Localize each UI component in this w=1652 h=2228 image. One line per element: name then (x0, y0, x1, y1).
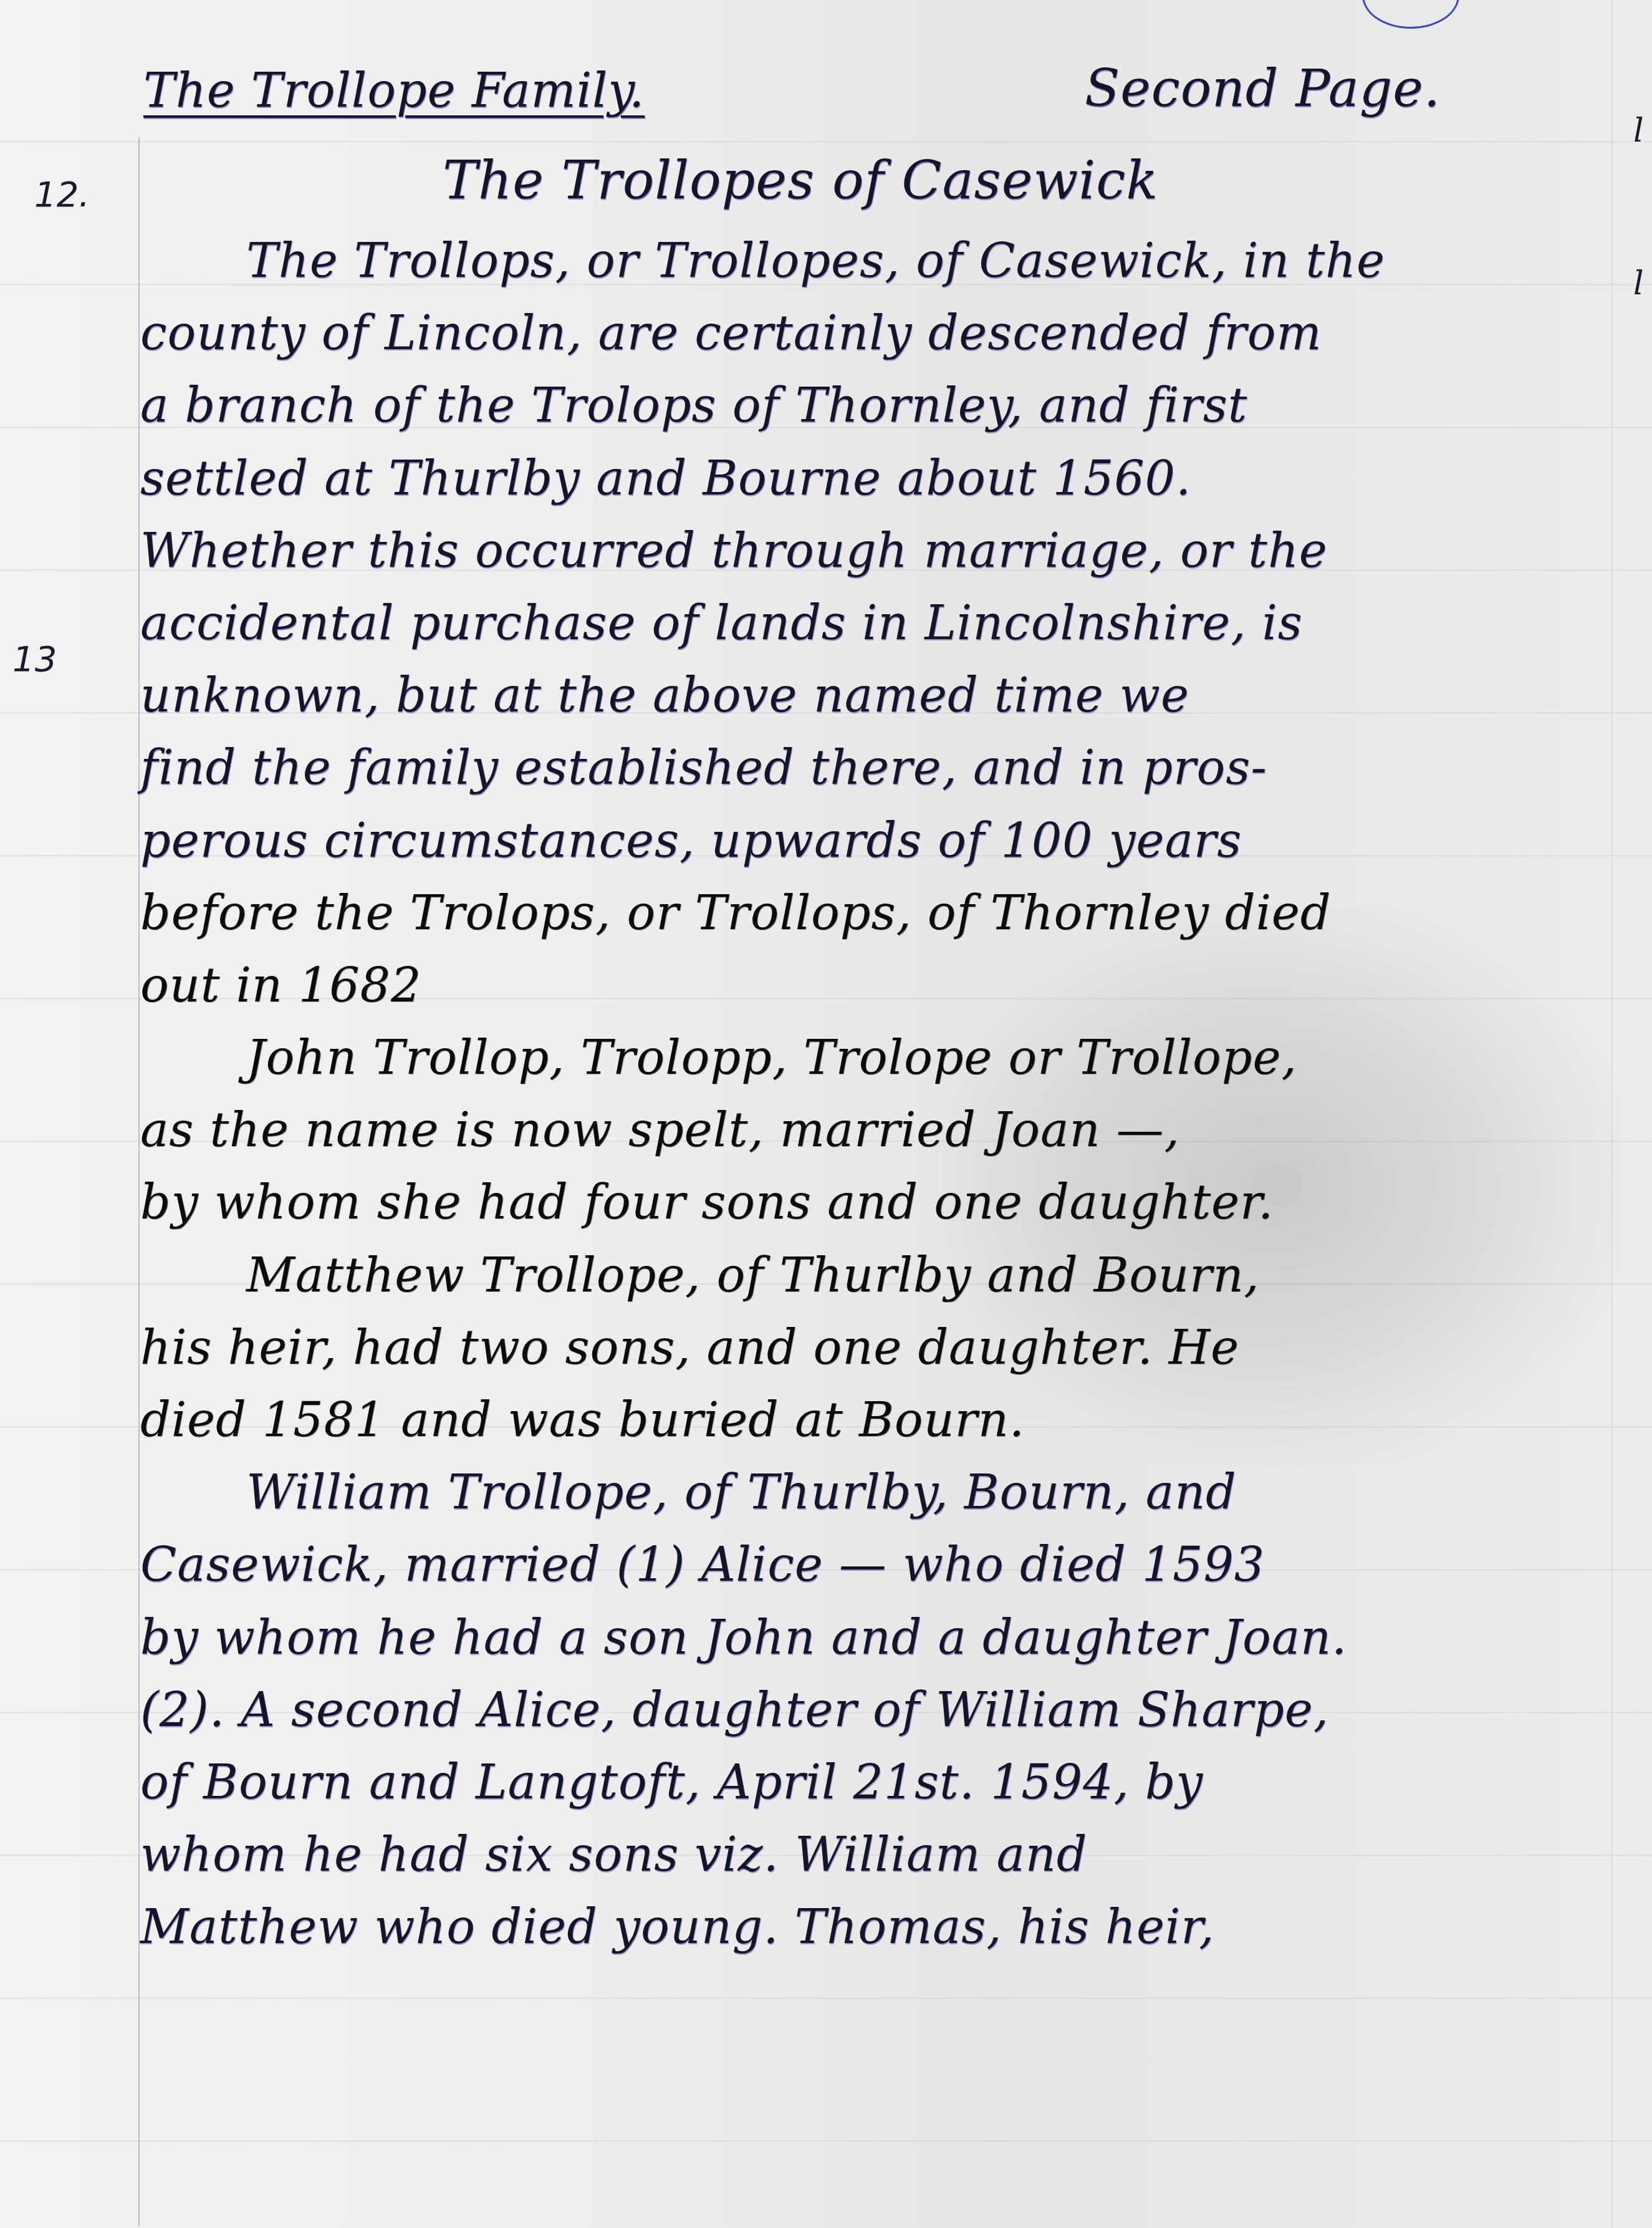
text-line: out in 1682 (140, 949, 1624, 1021)
section-title: The Trollopes of Casewick (443, 150, 1158, 211)
margin-number: 12. (34, 175, 90, 215)
circled-page-mark (1362, 0, 1459, 29)
text-line: his heir, had two sons, and one daughter… (140, 1311, 1624, 1384)
text-line: of Bourn and Langtoft, April 21st. 1594,… (140, 1746, 1624, 1818)
text-line: by whom he had a son John and a daughter… (140, 1601, 1624, 1674)
text-line: Matthew Trollope, of Thurlby and Bourn, (140, 1239, 1624, 1311)
text-line: county of Lincoln, are certainly descend… (140, 297, 1624, 369)
margin-number: 13 (12, 639, 57, 680)
right-margin-mark: l (1633, 265, 1644, 302)
text-line: accidental purchase of lands in Lincolns… (140, 587, 1624, 659)
text-line: died 1581 and was buried at Bourn. (140, 1384, 1624, 1456)
text-line: William Trollope, of Thurlby, Bourn, and (140, 1456, 1624, 1528)
text-line: whom he had six sons viz. William and (140, 1818, 1624, 1891)
handwritten-body: The Trollops, or Trollopes, of Casewick,… (140, 224, 1624, 1964)
left-margin-rule (138, 137, 140, 2226)
text-line: unknown, but at the above named time we (140, 659, 1624, 731)
text-line: John Trollop, Trolopp, Trolope or Trollo… (140, 1021, 1624, 1094)
page-label: Second Page. (1085, 59, 1441, 118)
text-line: a branch of the Trolops of Thornley, and… (140, 369, 1624, 441)
text-line: Whether this occurred through marriage, … (140, 514, 1624, 587)
document-title: The Trollope Family. (143, 62, 645, 118)
text-line: The Trollops, or Trollopes, of Casewick,… (140, 224, 1624, 297)
text-line: perous circumstances, upwards of 100 yea… (140, 804, 1624, 877)
text-line: Matthew who died young. Thomas, his heir… (140, 1891, 1624, 1963)
text-line: Casewick, married (1) Alice — who died 1… (140, 1528, 1624, 1601)
text-line: by whom she had four sons and one daught… (140, 1166, 1624, 1238)
text-line: before the Trolops, or Trollops, of Thor… (140, 877, 1624, 949)
text-line: settled at Thurlby and Bourne about 1560… (140, 442, 1624, 514)
document-page: l l The Trollope Family. Second Page. Th… (0, 0, 1652, 2228)
right-margin-mark: l (1633, 112, 1644, 150)
text-line: (2). A second Alice, daughter of William… (140, 1674, 1624, 1746)
text-line: as the name is now spelt, married Joan —… (140, 1094, 1624, 1166)
text-line: find the family established there, and i… (140, 731, 1624, 804)
